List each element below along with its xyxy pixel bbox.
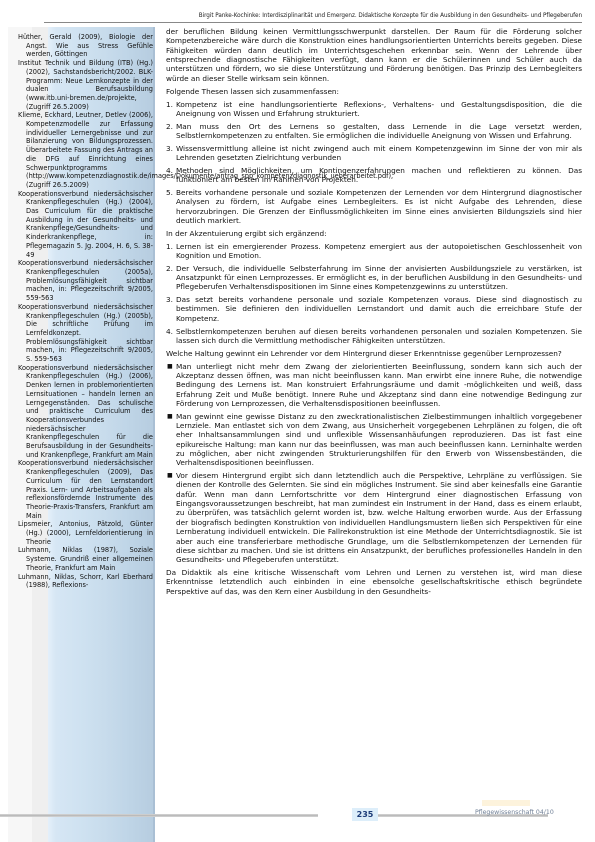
reference-item: Kooperationsverbund niedersächsischer Kr… [18, 190, 153, 260]
thesis-item: 5.Bereits vorhandene personale und sozia… [166, 188, 582, 225]
bullet-list: ■Man unterliegt nicht mehr dem Zwang der… [166, 362, 582, 565]
question-paragraph: Welche Haltung gewinnt ein Lehrender vor… [166, 349, 582, 358]
reference-item: Kooperationsverbund niedersächsischer Kr… [18, 303, 153, 364]
reference-item: Luhmann, Niklas, Schorr, Karl Eberhard (… [18, 573, 153, 590]
list-number: 4. [166, 327, 173, 336]
thesis-item: 4.Methoden sind Möglichkeiten, um Kontin… [166, 166, 582, 185]
accent-item: 2.Der Versuch, die individuelle Selbster… [166, 264, 582, 292]
bullet-icon: ■ [167, 362, 173, 371]
list-number: 2. [166, 122, 173, 131]
list-number: 1. [166, 100, 173, 109]
closing-paragraph: Da Didaktik als eine kritische Wissensch… [166, 568, 582, 596]
accent-item: 1.Lernen ist ein emergierender Prozess. … [166, 242, 582, 261]
journal-name: Pflegewissenschaft 04/10 [475, 809, 554, 816]
references-column: Hüther, Gerald (2009), Biologie der Angs… [18, 33, 153, 590]
accent-item: 3.Das setzt bereits vorhandene personale… [166, 295, 582, 323]
running-header: Birgit Panke-Kochinke: Interdisziplinari… [44, 9, 582, 23]
theses-lead: Folgende Thesen lassen sich zusammenfass… [166, 87, 582, 96]
list-number: 1. [166, 242, 173, 251]
list-number: 5. [166, 188, 173, 197]
accent-list: 1.Lernen ist ein emergierender Prozess. … [166, 242, 582, 346]
bullet-icon: ■ [167, 412, 173, 421]
reference-item: Institut Technik und Bildung (ITB) (Hg.)… [18, 59, 153, 111]
reference-item: Kooperationsverbund niedersächsischer Kr… [18, 364, 153, 460]
theses-list: 1.Kompetenz ist eine handlungsorientiert… [166, 100, 582, 226]
bullet-item: ■Man unterliegt nicht mehr dem Zwang der… [166, 362, 582, 409]
list-number: 3. [166, 295, 173, 304]
bullet-item: ■Vor diesem Hintergrund ergibt sich dann… [166, 471, 582, 564]
intro-paragraph: der beruflichen Bildung keinen Vermittlu… [166, 27, 582, 83]
accent-lead: In der Akzentuierung ergibt sich ergänze… [166, 229, 582, 238]
reference-item: Luhmann, Niklas (1987), Soziale Systeme.… [18, 546, 153, 572]
thesis-item: 1.Kompetenz ist eine handlungsorientiert… [166, 100, 582, 119]
journal-tab-decoration [482, 800, 530, 806]
main-text-column: der beruflichen Bildung keinen Vermittlu… [166, 27, 582, 600]
list-number: 3. [166, 144, 173, 153]
reference-item: Kooperationsverbund niedersächsischer Kr… [18, 259, 153, 303]
reference-item: Klieme, Eckhard, Leutner, Detlev (2006),… [18, 111, 153, 189]
page-number: 235 [352, 808, 378, 821]
thesis-item: 2.Man muss den Ort des Lernens so gestal… [166, 122, 582, 141]
bullet-item: ■Man gewinnt eine gewisse Distanz zu den… [166, 412, 582, 468]
reference-item: Hüther, Gerald (2009), Biologie der Angs… [18, 33, 153, 59]
thesis-item: 3.Wissensvermittlung alleine ist nicht z… [166, 144, 582, 163]
reference-item: Lipsmeier, Antonius, Pätzold, Günter (Hg… [18, 520, 153, 546]
reference-item: Kooperationsverbund niedersächsischer Kr… [18, 459, 153, 520]
list-number: 2. [166, 264, 173, 273]
footer-rule-left [0, 814, 318, 817]
bullet-icon: ■ [167, 471, 173, 480]
accent-item: 4.Selbstlernkompetenzen beruhen auf dies… [166, 327, 582, 346]
list-number: 4. [166, 166, 173, 175]
